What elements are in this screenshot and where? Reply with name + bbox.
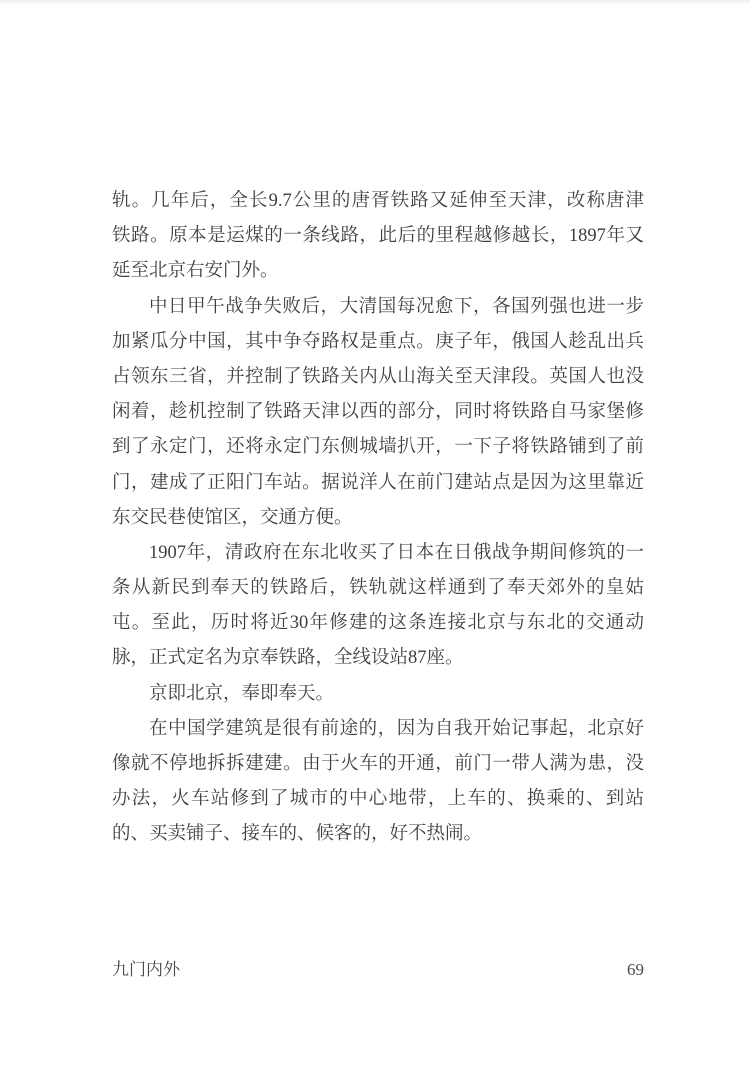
text-line: 办法，火车站修到了城市的中心地带，上车的、换乘的、到站 bbox=[112, 782, 644, 817]
footer-page-number: 69 bbox=[627, 960, 644, 980]
text-line: 条从新民到奉天的铁路后，铁轨就这样通到了奉天郊外的皇姑 bbox=[112, 571, 644, 606]
text-line: 延至北京右安门外。 bbox=[112, 254, 644, 289]
scan-edge bbox=[0, 0, 750, 5]
text-line: 1907年，清政府在东北收买了日本在日俄战争期间修筑的一 bbox=[112, 536, 644, 571]
page-footer: 九门内外 69 bbox=[112, 955, 644, 980]
text-line: 加紧瓜分中国，其中争夺路权是重点。庚子年，俄国人趁乱出兵 bbox=[112, 325, 644, 360]
text-line: 占领东三省，并控制了铁路关内从山海关至天津段。英国人也没 bbox=[112, 360, 644, 395]
text-line: 的、买卖铺子、接车的、候客的，好不热闹。 bbox=[112, 817, 644, 852]
footer-book-title: 九门内外 bbox=[112, 955, 180, 980]
text-line: 闲着，趁机控制了铁路天津以西的部分，同时将铁路自马家堡修 bbox=[112, 395, 644, 430]
text-line: 像就不停地拆拆建建。由于火车的开通，前门一带人满为患，没 bbox=[112, 747, 644, 782]
text-line: 门，建成了正阳门车站。据说洋人在前门建站点是因为这里靠近 bbox=[112, 466, 644, 501]
text-line: 铁路。原本是运煤的一条线路，此后的里程越修越长，1897年又 bbox=[112, 219, 644, 254]
text-line: 京即北京，奉即奉天。 bbox=[112, 677, 644, 712]
text-line: 到了永定门，还将永定门东侧城墙扒开，一下子将铁路铺到了前 bbox=[112, 430, 644, 465]
text-line: 脉，正式定名为京奉铁路，全线设站87座。 bbox=[112, 641, 644, 676]
text-line: 中日甲午战争失败后，大清国每况愈下，各国列强也进一步 bbox=[112, 290, 644, 325]
text-line: 屯。至此，历时将近30年修建的这条连接北京与东北的交通动 bbox=[112, 606, 644, 641]
text-line: 东交民巷使馆区，交通方便。 bbox=[112, 501, 644, 536]
book-page: 轨。几年后，全长9.7公里的唐胥铁路又延伸至天津，改称唐津铁路。原本是运煤的一条… bbox=[0, 0, 750, 1066]
body-text: 轨。几年后，全长9.7公里的唐胥铁路又延伸至天津，改称唐津铁路。原本是运煤的一条… bbox=[112, 184, 644, 853]
text-line: 在中国学建筑是很有前途的，因为自我开始记事起，北京好 bbox=[112, 712, 644, 747]
text-line: 轨。几年后，全长9.7公里的唐胥铁路又延伸至天津，改称唐津 bbox=[112, 184, 644, 219]
